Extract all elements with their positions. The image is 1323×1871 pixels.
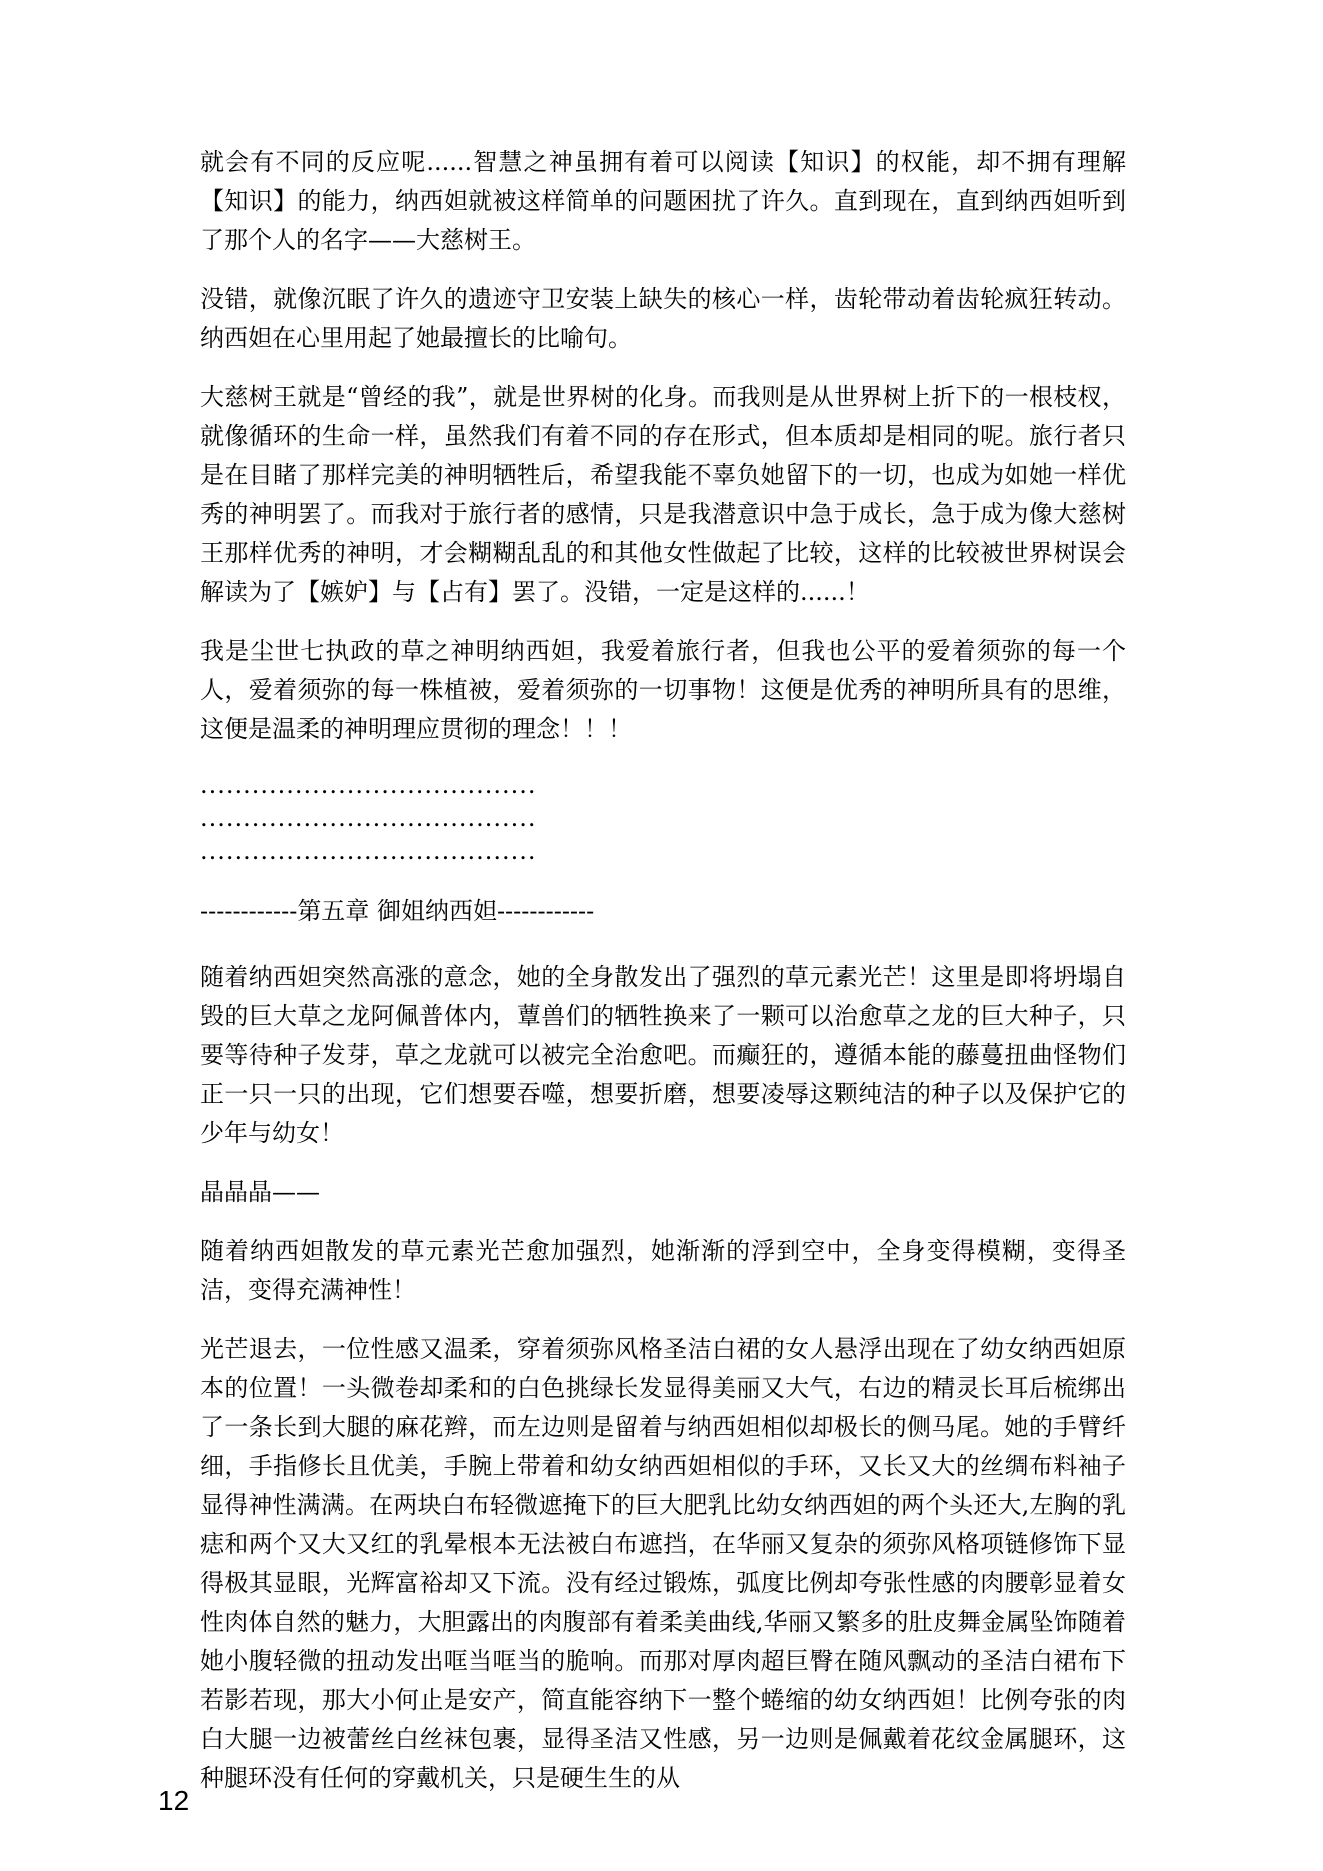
dots-separator: ....................................... — [200, 769, 1126, 802]
paragraph: 光芒退去，一位性感又温柔，穿着须弥风格圣洁白裙的女人悬浮出现在了幼女纳西妲原本的… — [200, 1330, 1126, 1798]
chapter-heading: ------------第五章 御姐纳西妲------------ — [200, 892, 1126, 931]
paragraph: 随着纳西妲突然高涨的意念，她的全身散发出了强烈的草元素光芒！这里是即将坍塌自毁的… — [200, 958, 1126, 1153]
paragraph: 晶晶晶—— — [200, 1173, 1126, 1212]
paragraph: 大慈树王就是“曾经的我”，就是世界树的化身。而我则是从世界树上折下的一根枝杈，就… — [200, 378, 1126, 612]
page-content: 就会有不同的反应呢......智慧之神虽拥有着可以阅读【知识】的权能，却不拥有理… — [200, 143, 1126, 1818]
paragraph: 我是尘世七执政的草之神明纳西妲，我爱着旅行者，但我也公平的爱着须弥的每一个人，爱… — [200, 632, 1126, 749]
paragraph: 就会有不同的反应呢......智慧之神虽拥有着可以阅读【知识】的权能，却不拥有理… — [200, 143, 1126, 260]
paragraph: 没错，就像沉眠了许久的遗迹守卫安装上缺失的核心一样，齿轮带动着齿轮疯狂转动。纳西… — [200, 280, 1126, 358]
paragraph: 随着纳西妲散发的草元素光芒愈加强烈，她渐渐的浮到空中，全身变得模糊，变得圣洁，变… — [200, 1232, 1126, 1310]
page-number: 12 — [158, 1786, 189, 1816]
document-page: 就会有不同的反应呢......智慧之神虽拥有着可以阅读【知识】的权能，却不拥有理… — [0, 0, 1323, 1871]
dots-separator: ....................................... — [200, 802, 1126, 835]
dots-separator-block: ....................................... … — [200, 769, 1126, 868]
dots-separator: ....................................... — [200, 835, 1126, 868]
